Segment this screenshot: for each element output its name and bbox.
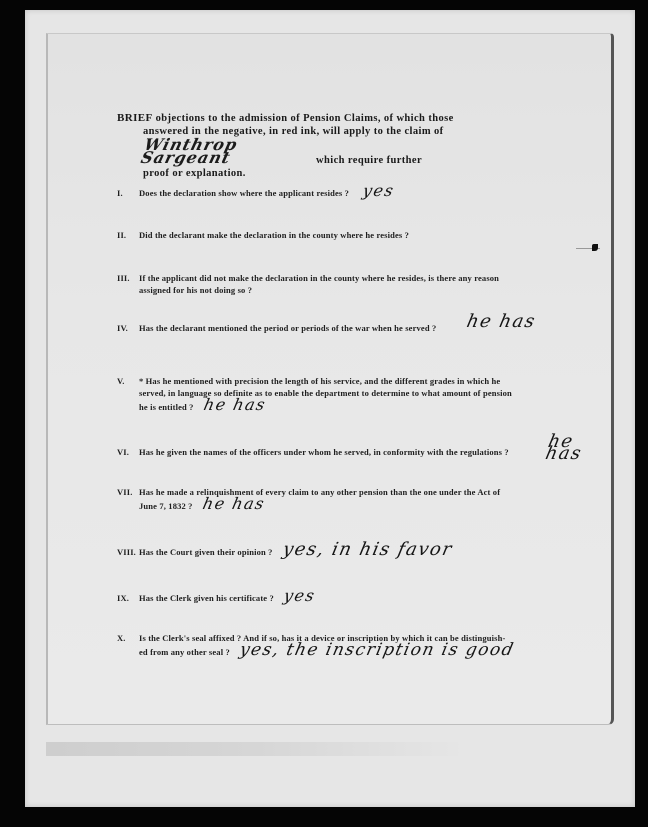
question-number: IX.	[117, 592, 139, 604]
question-5: V.* Has he mentioned with precision the …	[117, 375, 587, 413]
question-8: VIII.Has the Court given their opinion ?…	[117, 544, 587, 558]
question-10: X.Is the Clerk's seal affixed ? And if s…	[117, 632, 587, 658]
questions-list: I.Does the declaration show where the ap…	[117, 0, 587, 827]
handwritten-answer: he has	[466, 316, 537, 328]
question-number: V.	[117, 375, 139, 387]
question-continuation: served, in language so definite as to en…	[117, 387, 587, 399]
question-text: Has he given the names of the officers u…	[139, 447, 509, 457]
question-number: VIII.	[117, 546, 139, 558]
question-4: IV.Has the declarant mentioned the perio…	[117, 322, 587, 334]
question-number: II.	[117, 229, 139, 241]
question-text: If the applicant did not make the declar…	[139, 273, 499, 283]
question-continuation-2: he is entitled ?he has	[117, 399, 587, 413]
question-number: VI.	[117, 446, 139, 458]
handwritten-answer: yes	[362, 185, 396, 197]
question-number: III.	[117, 272, 139, 284]
ink-blot-mark	[592, 244, 598, 251]
question-continuation-text: he is entitled ?	[139, 402, 194, 412]
question-continuation-text: June 7, 1832 ?	[139, 501, 193, 511]
handwritten-answer: he has	[202, 399, 266, 411]
question-continuation: ed from any other seal ?yes, the inscrip…	[117, 644, 587, 658]
question-number: VII.	[117, 486, 139, 498]
question-continuation: assigned for his not doing so ?	[117, 284, 587, 296]
question-text: Did the declarant make the declaration i…	[139, 230, 409, 240]
question-2: II.Did the declarant make the declaratio…	[117, 229, 587, 241]
question-1: I.Does the declaration show where the ap…	[117, 185, 587, 199]
question-text: Has the declarant mentioned the period o…	[139, 323, 436, 333]
question-3: III.If the applicant did not make the de…	[117, 272, 587, 296]
question-number: IV.	[117, 322, 139, 334]
handwritten-answer: he has	[201, 498, 265, 510]
question-9: IX.Has the Clerk given his certificate ?…	[117, 590, 587, 604]
handwritten-answer: yes, in his favor	[281, 544, 453, 556]
question-number: X.	[117, 632, 139, 644]
question-text: Has he made a relinquishment of every cl…	[139, 487, 500, 497]
handwritten-answer: yes, the inscription is good	[239, 644, 516, 656]
question-text: Has the Clerk given his certificate ?	[139, 593, 274, 603]
question-number: I.	[117, 187, 139, 199]
handwritten-answer: yes	[283, 590, 317, 602]
question-continuation-text: ed from any other seal ?	[139, 647, 230, 657]
question-continuation: June 7, 1832 ?he has	[117, 498, 587, 512]
question-7: VII.Has he made a relinquishment of ever…	[117, 486, 587, 512]
question-text: Has the Court given their opinion ?	[139, 547, 273, 557]
handwritten-answer: he has	[544, 436, 589, 460]
question-text: * Has he mentioned with precision the le…	[139, 376, 500, 386]
question-text: Does the declaration show where the appl…	[139, 188, 349, 198]
question-6: VI.Has he given the names of the officer…	[117, 446, 587, 458]
